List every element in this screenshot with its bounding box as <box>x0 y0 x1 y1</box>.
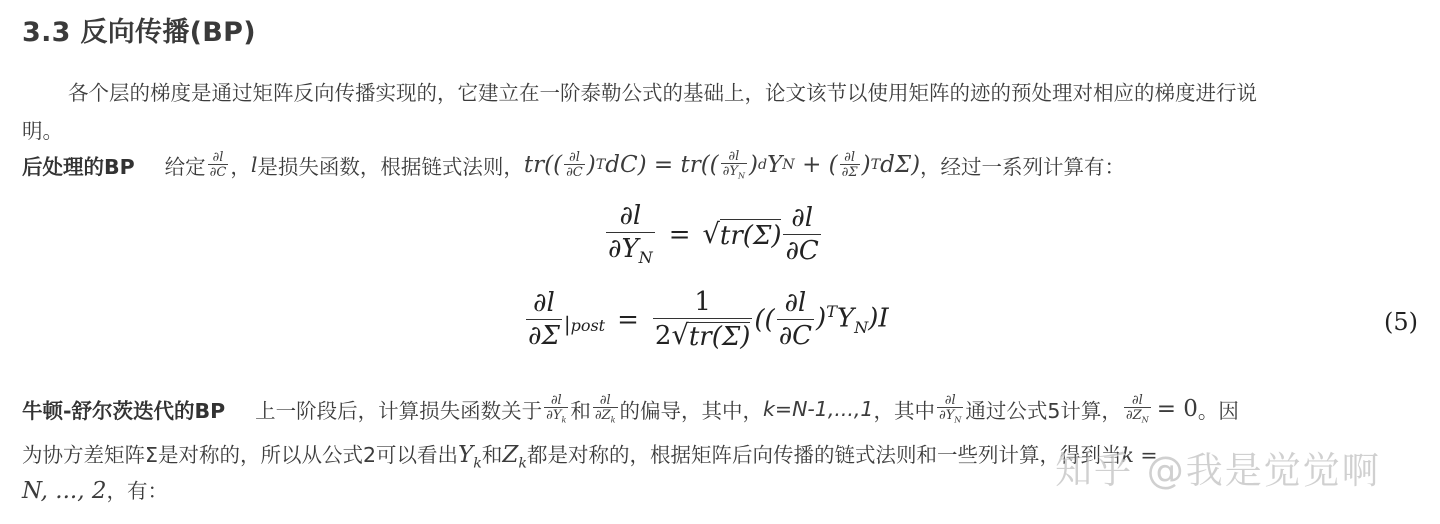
equation-2: ∂l∂Σ |post = 12√tr(Σ) (( ∂l∂C )TYN)I <box>524 289 889 350</box>
equation-1: ∂l∂YN = √tr(Σ) ∂l∂C <box>604 203 823 266</box>
ns-bp-paragraph: 牛顿-舒尔茨迭代的BP 上一阶段后，计算损失函数关于 ∂l∂Yk 和 ∂l∂Zk… <box>22 394 1239 425</box>
intro-line-1: 各个层的梯度是通过矩阵反向传播实现的，它建立在一阶泰勒公式的基础上，论文该节以使… <box>68 76 1257 106</box>
given-text: 给定 <box>165 150 206 180</box>
intro-line-2: 明。 <box>22 114 63 144</box>
post-bp-label: 后处理的BP <box>22 150 135 180</box>
equation-tag: (5) <box>1384 308 1418 336</box>
tail-text: ，经过一系列计算有： <box>920 150 1125 180</box>
ns-bp-line-2: 为协方差矩阵Σ是对称的，所以从公式2可以看出Yk和Zk都是对称的，根据矩阵后向传… <box>22 438 1158 472</box>
loss-text: 是损失函数，根据链式法则， <box>257 150 524 180</box>
post-bp-paragraph: 后处理的BP 给定 ∂l∂C ， l 是损失函数，根据链式法则， tr((∂l∂… <box>22 150 1125 181</box>
chain-rule-formula: tr((∂l∂C)TdC) = tr((∂l∂YN)dYN + (∂l∂Σ)Td… <box>524 150 920 181</box>
ns-bp-label: 牛顿-舒尔茨迭代的BP <box>22 394 225 424</box>
frac-dl-dC: ∂l∂C <box>208 151 229 179</box>
ns-bp-line-3: N, ..., 2，有： <box>22 474 168 504</box>
section-title: 3.3 反向传播(BP) <box>22 10 256 49</box>
